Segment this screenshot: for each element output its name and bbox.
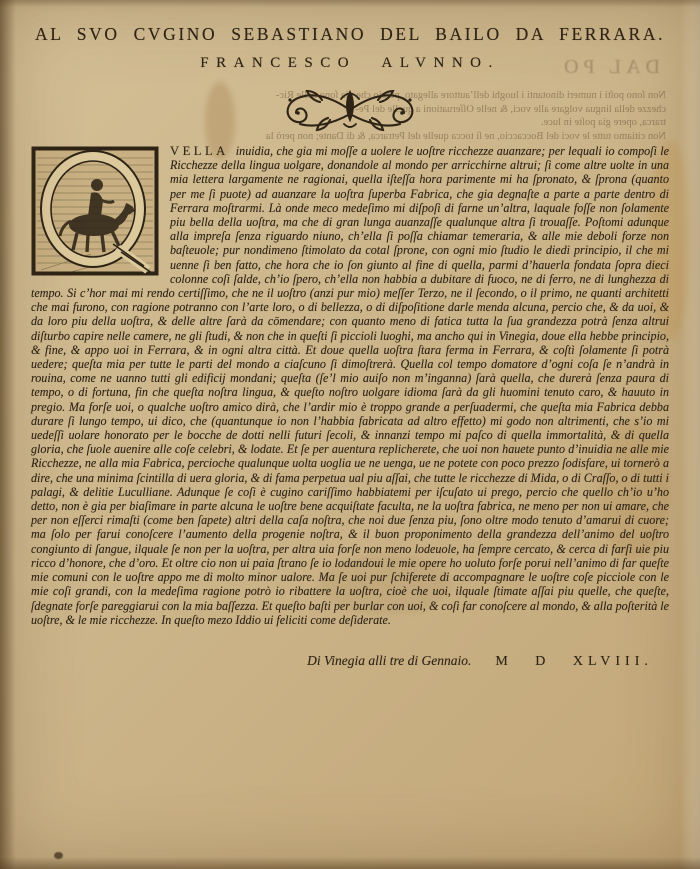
letter-body: VELLAinuidia, che gia mi moſſe a uolere … — [31, 144, 669, 627]
page-left-gutter-shadow — [0, 0, 16, 869]
page-top-edge-shadow — [0, 0, 700, 7]
colophon-place-date: Di Vinegia alli tre di Gennaio. — [307, 653, 471, 669]
dropcap-woodcut-q-icon — [31, 146, 159, 276]
dedication-title: AL SVO CVGINO SEBASTIANO DEL BAILO DA FE… — [0, 24, 700, 45]
book-page: DAL PO Non ſono poſti i numeri dinotanti… — [0, 0, 700, 869]
page-right-edge-highlight — [680, 0, 700, 869]
ornament-row — [0, 86, 700, 134]
opening-word: VELLA — [170, 144, 229, 158]
colophon: Di Vinegia alli tre di Gennaio. M D XLVI… — [0, 653, 700, 670]
printer-ornament-icon — [260, 121, 440, 138]
page-bottom-edge-shadow — [0, 857, 700, 869]
author-name: FRANCESCO ALVNNO. — [0, 55, 700, 72]
dedication-header: AL SVO CVGINO SEBASTIANO DEL BAILO DA FE… — [0, 0, 700, 72]
colophon-year: M D XLVIII. — [495, 654, 653, 670]
